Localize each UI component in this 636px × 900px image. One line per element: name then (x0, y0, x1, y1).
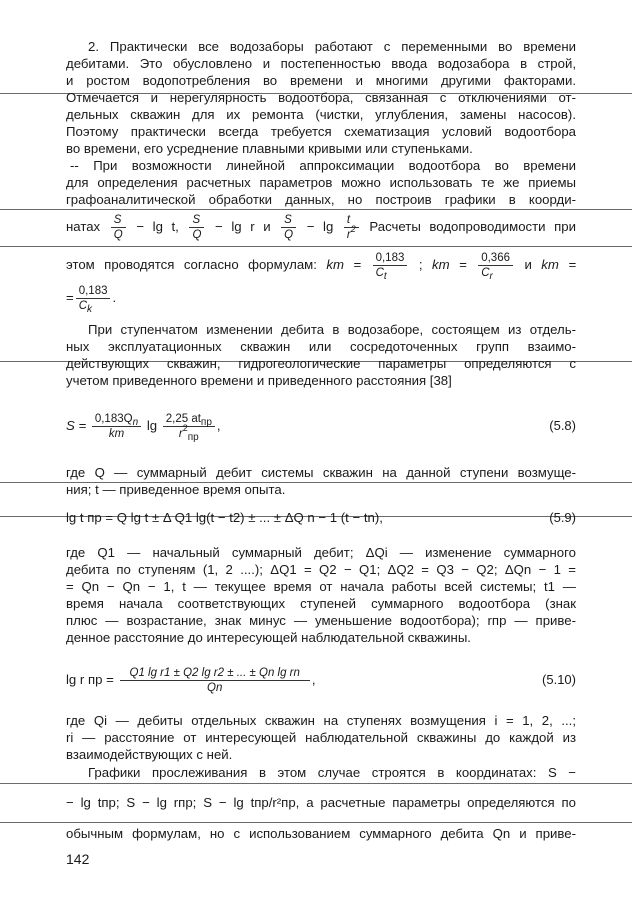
text: натах (66, 219, 100, 234)
text-line: для определения расчетных параметров мож… (66, 175, 576, 191)
fraction-t-r2: tr2 (344, 213, 359, 242)
fraction-km-ct: 0,183Ct (373, 251, 408, 280)
equation-5-10: lg r пр = Q1 lg r1 ± Q2 lg r2 ± ... ± Qn… (66, 658, 576, 702)
scan-line (0, 209, 632, 210)
text-line: Отмечается и нерегулярность водоотбора, … (66, 90, 576, 106)
text: и (524, 257, 531, 272)
text-line: графоаналитической обработки данных, но … (66, 192, 576, 208)
formulas-line: этом проводятся согласно формулам: km = … (66, 250, 576, 280)
text: km = (541, 257, 576, 272)
fraction-s-q: SQ (189, 213, 204, 242)
scan-line (0, 246, 632, 247)
equation-number: (5.10) (542, 658, 576, 702)
text-line: -- При возможности линейной аппроксимаци… (66, 158, 576, 174)
text-line: = Qn − Qn − 1, t — текущее время от нача… (66, 579, 576, 595)
text-line: ных эксплуатационных скважин или сосредо… (66, 339, 576, 355)
text-line: Графики прослеживания в этом случае стро… (66, 765, 576, 781)
text: km = (326, 257, 361, 272)
text-line: дебитами. Это обусловлено и постепенност… (66, 56, 576, 72)
coordinates-line: натах SQ − lg t, SQ − lg r и SQ − lg tr2… (66, 213, 576, 242)
fraction-km-cr: 0,366Cr (478, 251, 513, 280)
text: − lg t, (136, 219, 179, 234)
text-line: учетом приведенного времени и приведенно… (66, 373, 576, 389)
equation-number: (5.9) (549, 508, 576, 528)
text-line: где Q — суммарный дебит системы скважин … (66, 465, 576, 481)
text-line: ния; t — приведенное время опыта. (66, 482, 576, 498)
text-line: дельных скважин для их ремонта (чистки, … (66, 107, 576, 123)
text-line: 2. Практически все водозаборы работают с… (66, 39, 576, 55)
fraction-s-q: SQ (281, 213, 296, 242)
equation-5-8: S = 0,183Qnkm lg 2,25 atпрr2пр, (5.8) (66, 404, 576, 448)
text-line: взаимодействующих с ней. (66, 747, 576, 763)
text: − lg r и (215, 219, 271, 234)
text: Расчеты водопроводимости при (369, 219, 576, 234)
text: − lg (307, 219, 334, 234)
equation-5-9: lg t пр = Q lg t ± Δ Q1 lg(t − t2) ± ...… (66, 508, 576, 528)
text-line: действующих скважин, гидрогеологические … (66, 356, 576, 372)
fraction-s-q: SQ (111, 213, 126, 242)
text-line: − lg tпр; S − lg rпр; S − lg tпр/r²пр, а… (66, 795, 576, 811)
fraction-km-ck: 0,183Ck (76, 284, 111, 313)
page-number: 142 (66, 851, 89, 867)
text-line: плюс — возрастание, знак минус — уменьше… (66, 613, 576, 629)
text-line: где Qi — дебиты отдельных скважин на сту… (66, 713, 576, 729)
text-line: во времени, его усреднение плавными крив… (66, 141, 576, 157)
text-line: дебита по ступеням (1, 2 ....); ΔQ1 = Q2… (66, 562, 576, 578)
equation-number: (5.8) (549, 404, 576, 448)
text-line: и ростом водопотребления во времени и мн… (66, 73, 576, 89)
text-line: денное расстояние до интересующей наблюд… (66, 630, 576, 646)
text: km = (432, 257, 467, 272)
book-page: 2. Практически все водозаборы работают с… (0, 0, 636, 900)
text-line: Поэтому практически всегда требуется схе… (66, 124, 576, 140)
formulas-line-cont: =0,183Ck. (66, 283, 576, 313)
text-line: обычным формулам, но с использованием су… (66, 826, 576, 842)
text-line: время начала соответствующих ступеней су… (66, 596, 576, 612)
scan-line (0, 822, 632, 823)
text-line: где Q1 — начальный суммарный дебит; ΔQi … (66, 545, 576, 561)
scan-line (0, 783, 632, 784)
text-line: При ступенчатом изменении дебита в водоз… (66, 322, 576, 338)
text-line: ri — расстояние от интересующей наблюдат… (66, 730, 576, 746)
text: этом проводятся согласно формулам: (66, 257, 317, 272)
